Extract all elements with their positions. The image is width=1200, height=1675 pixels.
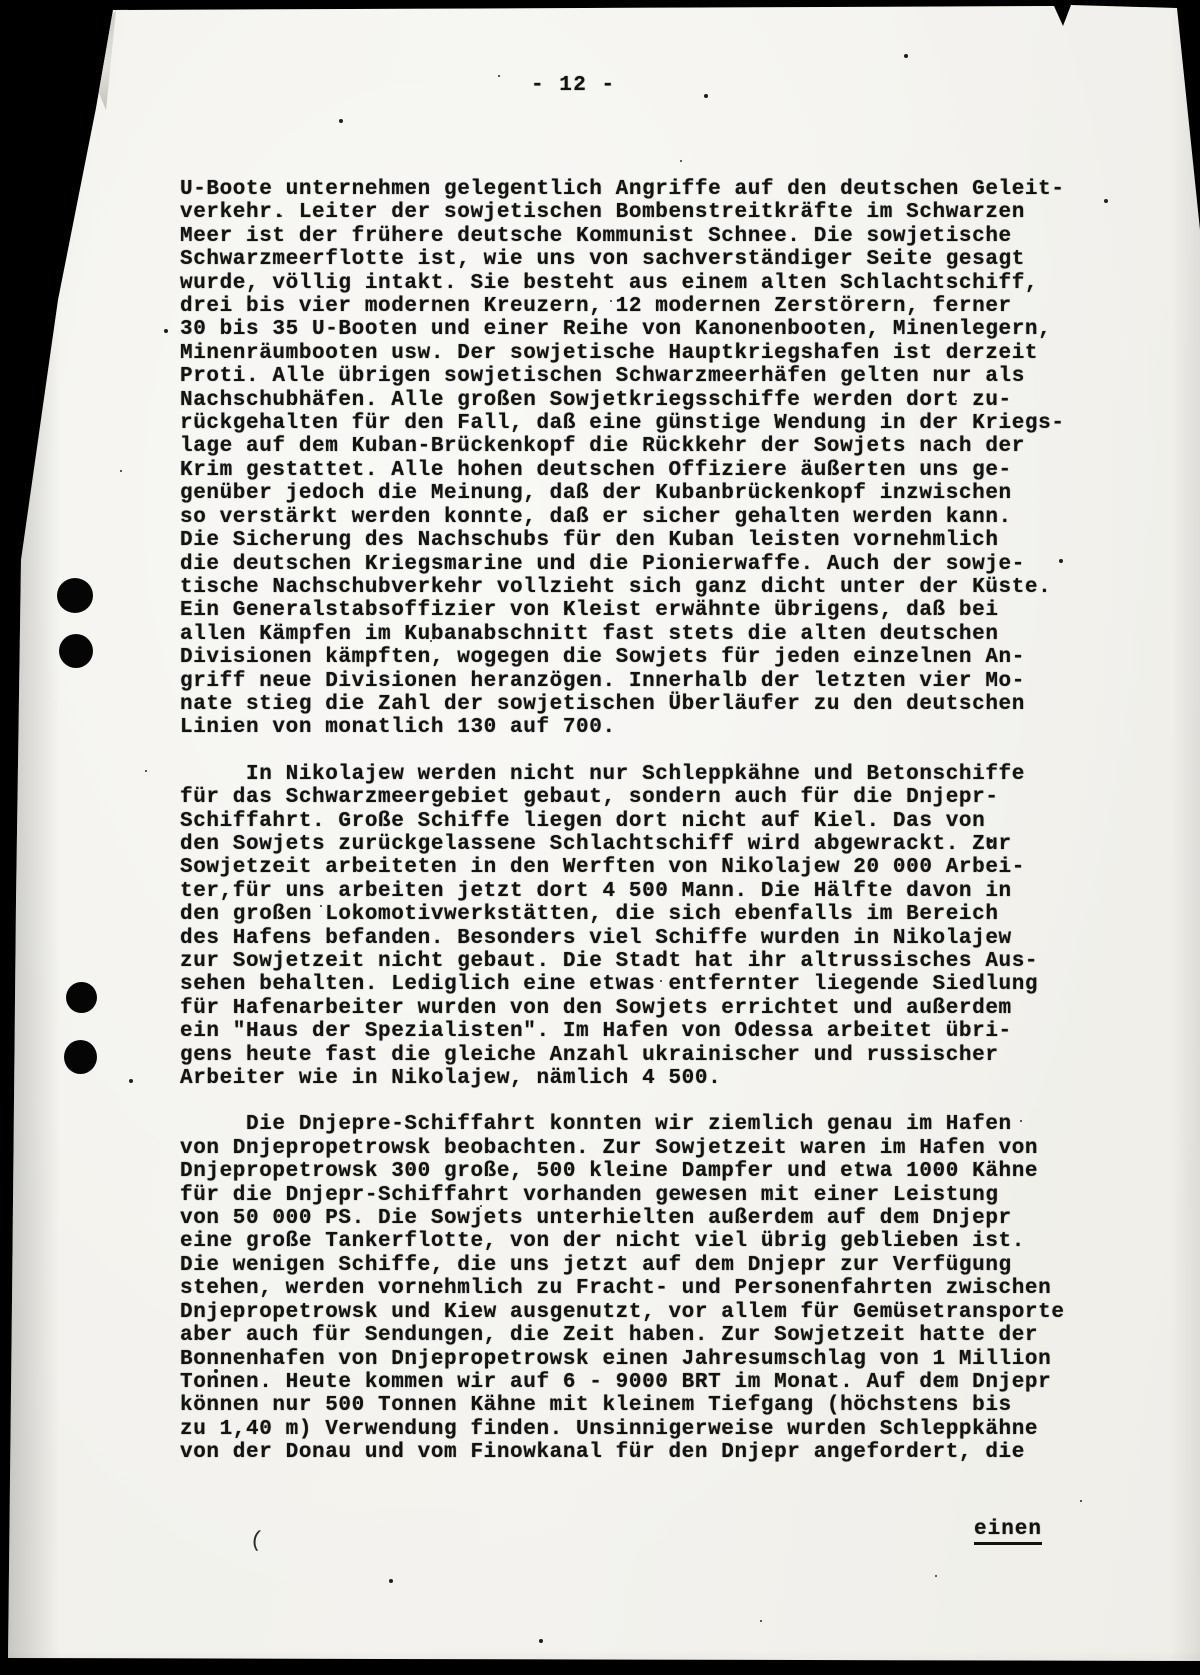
scan-noise-speckles bbox=[0, 0, 2, 2]
scanned-document-page: - 12 - U-Boote unternehmen gelegentlich … bbox=[0, 0, 1200, 1675]
body-paragraph-2: In Nikolajew werden nicht nur Schleppkäh… bbox=[180, 763, 1110, 1091]
document-body: U-Boote unternehmen gelegentlich Angriff… bbox=[180, 178, 1110, 1488]
catchword: einen bbox=[974, 1518, 1042, 1545]
page-number: - 12 - bbox=[531, 74, 616, 97]
body-paragraph-1: U-Boote unternehmen gelegentlich Angriff… bbox=[180, 178, 1110, 740]
stray-pen-mark: ( bbox=[248, 1527, 265, 1554]
punch-hole-bottom-1 bbox=[66, 982, 97, 1013]
punch-hole-top-1 bbox=[57, 578, 93, 613]
punch-hole-top-2 bbox=[59, 634, 93, 668]
dog-ear-fold bbox=[70, 8, 130, 118]
punch-hole-bottom-2 bbox=[64, 1040, 97, 1074]
body-paragraph-3: Die Dnjepre-Schiffahrt konnten wir zieml… bbox=[180, 1113, 1110, 1464]
